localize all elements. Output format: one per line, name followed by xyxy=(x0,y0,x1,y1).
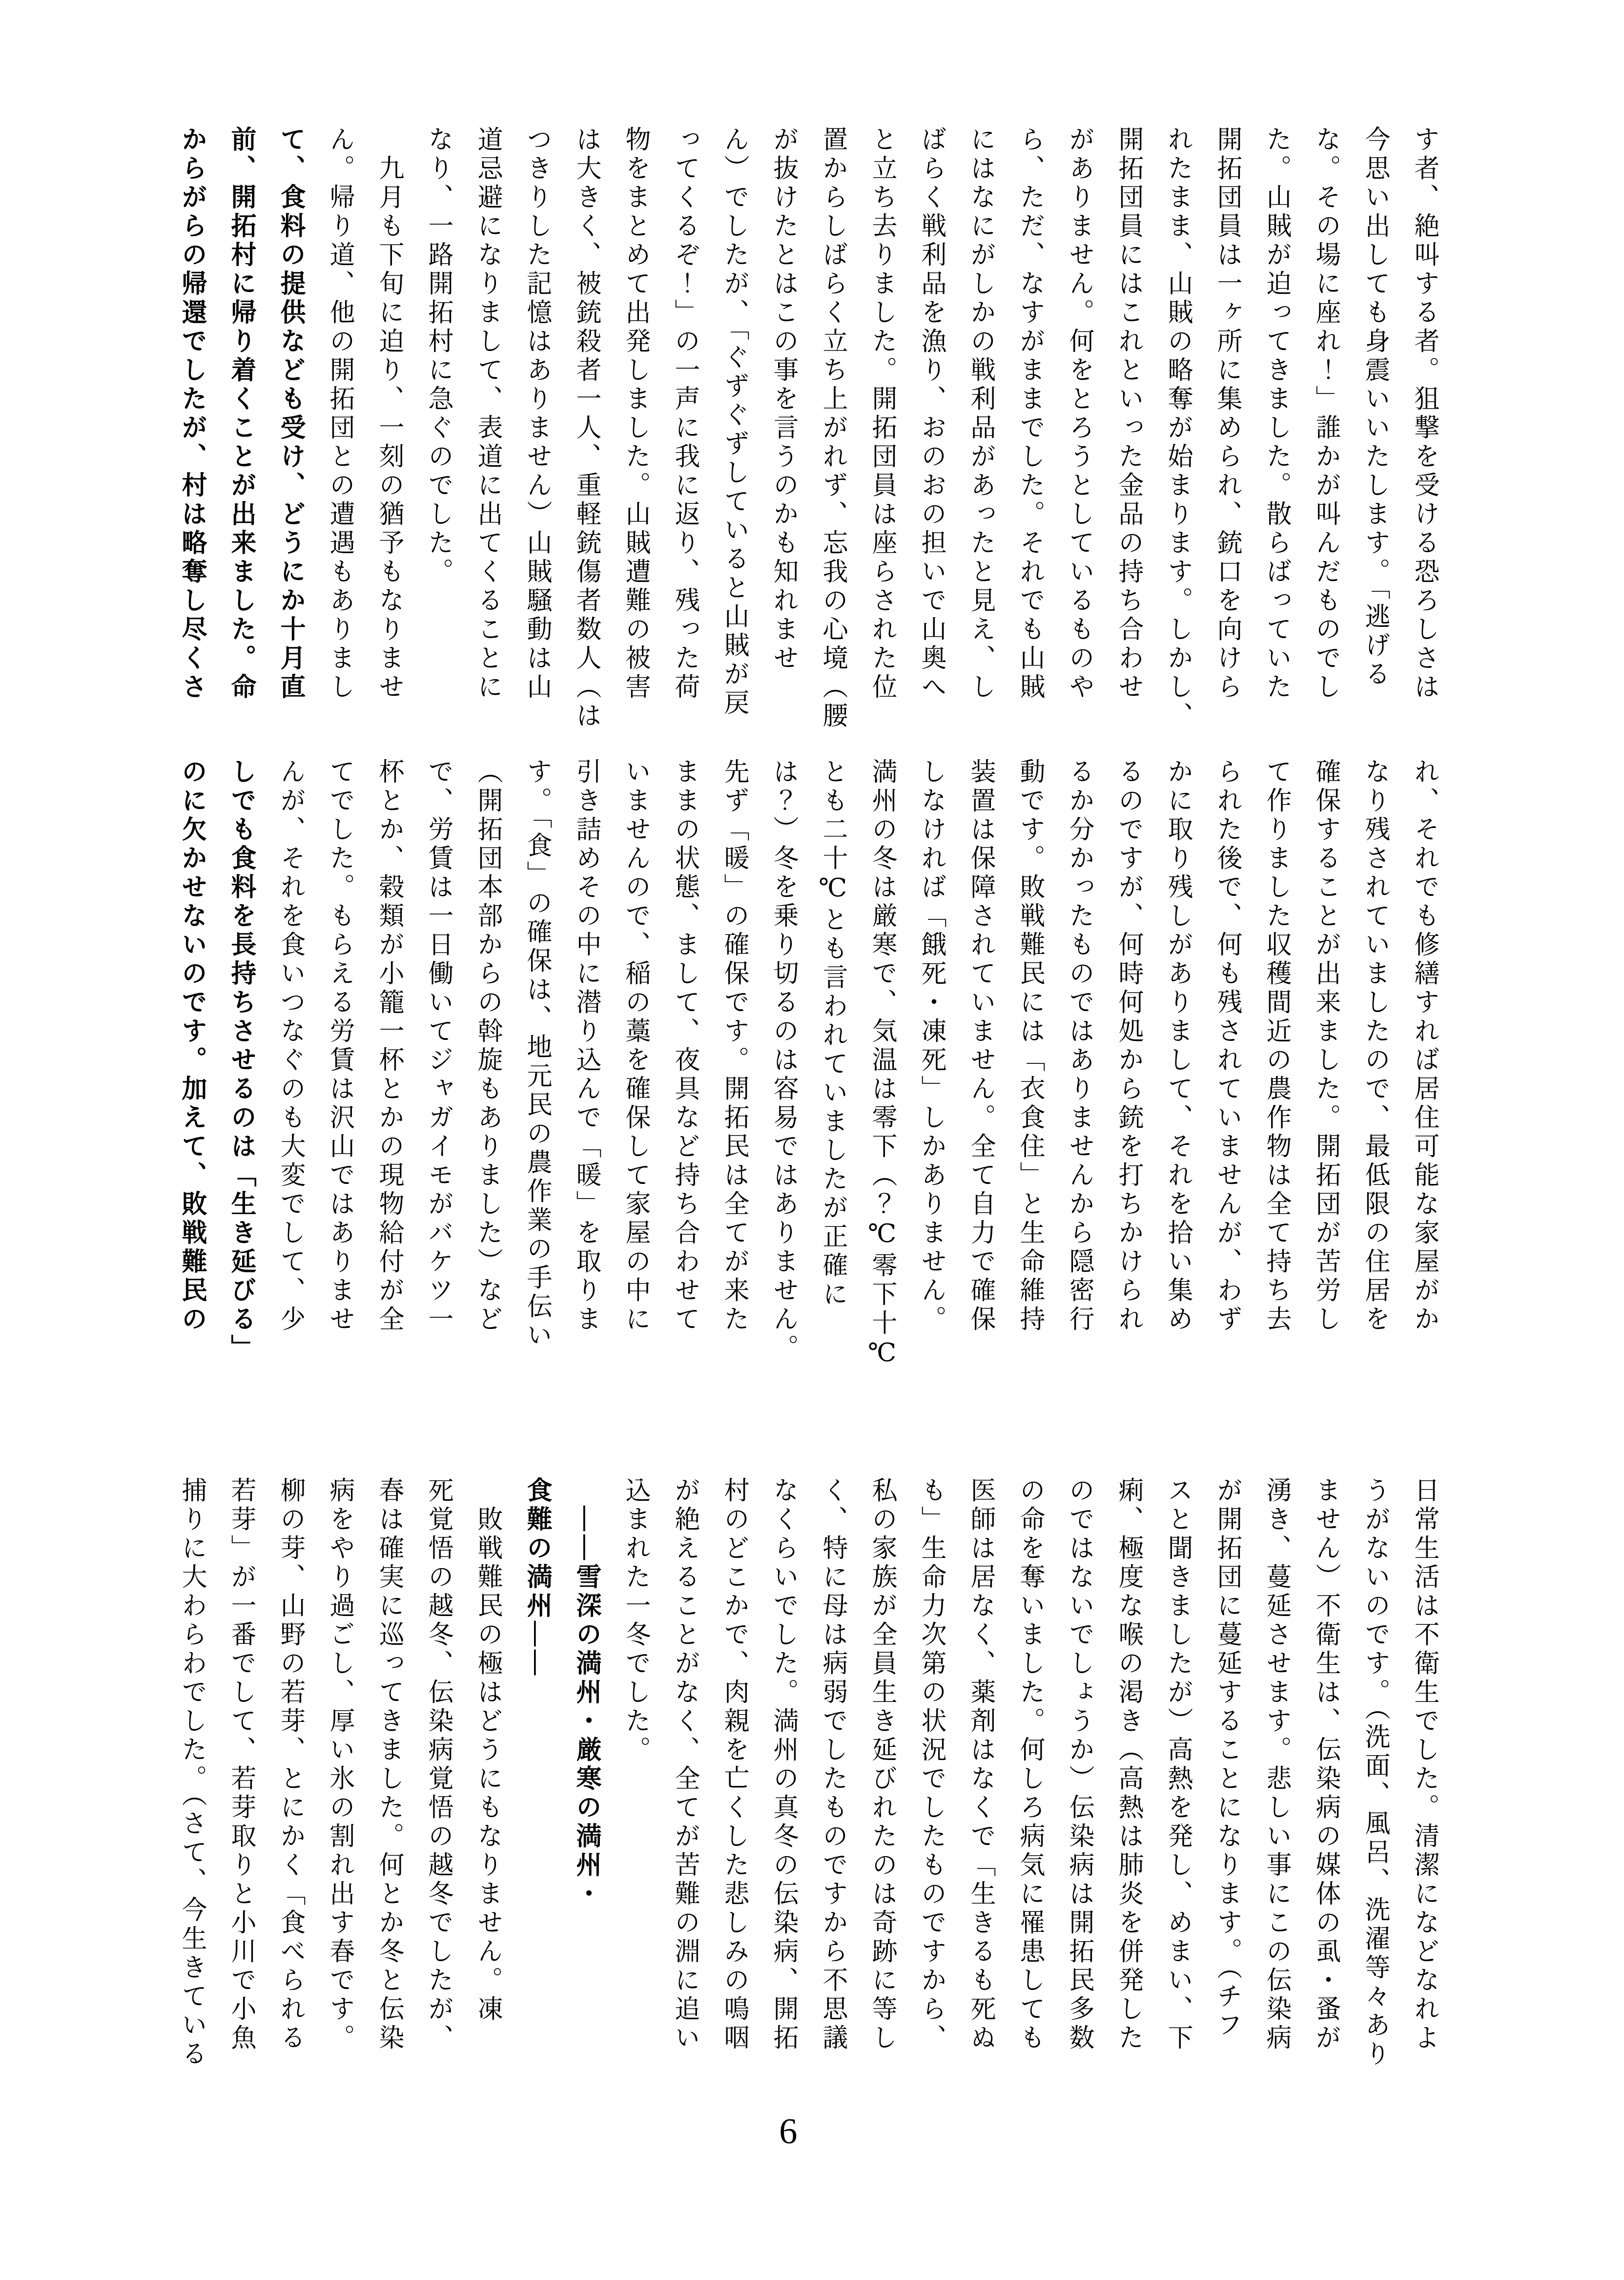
text-column: （開拓団本部からの斡旋もありました）など xyxy=(463,758,512,1366)
text-column: て作りました収穫間近の農作物は全て持ち去 xyxy=(1252,758,1301,1366)
text-column: ません）不衛生は、伝染病の媒体の虱・蚤が xyxy=(1301,1477,1350,2085)
text-column: 置からしばらく立ち上がれず、忘我の心境（腰 xyxy=(808,126,857,734)
text-column: しなければ「餓死・凍死」しかありません。 xyxy=(906,758,956,1366)
text-column: のではないでしょうか）伝染病は開拓民多数 xyxy=(1054,1477,1104,2085)
text-column: 動です。敗戦難民には「衣食住」と生命維持 xyxy=(1005,758,1054,1366)
text-column: と立ち去りました。開拓団員は座らされた位 xyxy=(857,126,906,734)
text-column: 確保することが出来ました。開拓団が苦労し xyxy=(1301,758,1350,1366)
text-column: 敗戦難民の極はどうにもなりません。凍 xyxy=(463,1477,512,2085)
text-column: な。その場に座れ！」誰かが叫んだものでし xyxy=(1301,126,1350,734)
text-column: 開拓団員にはこれといった金品の持ち合わせ xyxy=(1104,126,1153,734)
text-column: ん。帰り道、他の開拓団との遭遇もありまし xyxy=(315,126,364,734)
text-column: 食難の満州―― xyxy=(512,1477,561,2085)
text-column: 春は確実に巡ってきました。何とか冬と伝染 xyxy=(364,1477,413,2085)
text-column: 前、開拓村に帰り着くことが出来ました。命 xyxy=(216,126,266,734)
text-column: るのですが、何時何処から銃を打ちかけられ xyxy=(1104,758,1153,1366)
text-column: ばらく戦利品を漁り、おのおの担いで山奥へ xyxy=(906,126,956,734)
text-band-top: す者、絶叫する者。狙撃を受ける恐ろしさは今思い出しても身震いいたします。「逃げる… xyxy=(167,126,1449,734)
text-column: がありません。何をとろうとしているものや xyxy=(1054,126,1104,734)
text-column: 若芽」が一番でして、若芽取りと小川で小魚 xyxy=(216,1477,266,2085)
text-column: 死覚悟の越冬、伝染病覚悟の越冬でしたが、 xyxy=(413,1477,463,2085)
text-column: が抜けたとはこの事を言うのかも知れませ xyxy=(759,126,808,734)
text-column: られた後で、何も残されていませんが、わず xyxy=(1202,758,1252,1366)
text-column: れ、それでも修繕すれば居住可能な家屋がか xyxy=(1399,758,1449,1366)
text-column: は？）冬を乗り切るのは容易ではありません。 xyxy=(759,758,808,1366)
text-column: が開拓団に蔓延することになります。（チフ xyxy=(1202,1477,1252,2085)
text-column: かに取り残しがありまして、それを拾い集め xyxy=(1153,758,1202,1366)
text-column: た。山賊が迫ってきました。散らばっていた xyxy=(1252,126,1301,734)
text-column: 引き詰めその中に潜り込んで「暖」を取りま xyxy=(561,758,611,1366)
text-column: の命を奪いました。何しろ病気に罹患しても xyxy=(1005,1477,1054,2085)
text-column: のに欠かせないのです。加えて、敗戦難民の xyxy=(167,758,216,1366)
text-column: 込まれた一冬でした。 xyxy=(611,1477,660,2085)
text-column: で、労賃は一日働いてジャガイモがバケツ一 xyxy=(413,758,463,1366)
text-column: く、特に母は病弱でしたものですから不思議 xyxy=(808,1477,857,2085)
text-column: 今思い出しても身震いいたします。「逃げる xyxy=(1350,126,1399,734)
text-column: 先ず「暖」の確保です。開拓民は全てが来た xyxy=(709,758,759,1366)
scanned-page: す者、絶叫する者。狙撃を受ける恐ろしさは今思い出しても身震いいたします。「逃げる… xyxy=(0,0,1624,2280)
text-column: が絶えることがなく、全てが苦難の淵に追い xyxy=(660,1477,709,2085)
text-column: んが、それを食いつなぐのも大変でして、少 xyxy=(266,758,315,1366)
text-column: 病をやり過ごし、厚い氷の割れ出す春です。 xyxy=(315,1477,364,2085)
text-column: 道忌避になりまして、表道に出てくることに xyxy=(463,126,512,734)
text-column: からがらの帰還でしたが、村は略奪し尽くさ xyxy=(167,126,216,734)
text-band-bottom: 日常生活は不衛生でした。清潔になどなれようがないのです。（洗面、風呂、洗濯等々あ… xyxy=(167,1477,1449,2085)
text-column: ら、ただ、なすがままでした。それでも山賊 xyxy=(1005,126,1054,734)
text-column: 村のどこかで、肉親を亡くした悲しみの鳴咽 xyxy=(709,1477,759,2085)
text-column: つきりした記憶はありません）山賊騒動は山 xyxy=(512,126,561,734)
text-column: 柳の芽、山野の若芽、とにかく「食べられる xyxy=(266,1477,315,2085)
text-column: なり、一路開拓村に急ぐのでした。 xyxy=(413,126,463,734)
text-column: 捕りに大わらわでした。（さて、今生きている xyxy=(167,1477,216,2085)
text-column: 開拓団員は一ヶ所に集められ、銃口を向けら xyxy=(1202,126,1252,734)
text-column: なり残されていましたので、最低限の住居を xyxy=(1350,758,1399,1366)
text-column: ん）でしたが、「ぐずぐずしていると山賊が戻 xyxy=(709,126,759,734)
text-column: いませんので、稲の藁を確保して家屋の中に xyxy=(611,758,660,1366)
text-column: 日常生活は不衛生でした。清潔になどなれよ xyxy=(1399,1477,1449,2085)
text-column: 装置は保障されていません。全て自力で確保 xyxy=(956,758,1005,1366)
text-column: は大きく、被銃殺者一人、重軽銃傷者数人（は xyxy=(561,126,611,734)
text-column: れたまま、山賊の略奪が始まります。しかし、 xyxy=(1153,126,1202,734)
text-column: 九月も下旬に迫り、一刻の猶予もなりませ xyxy=(364,126,413,734)
text-column: しでも食料を長持ちさせるのは「生き延びる」 xyxy=(216,758,266,1366)
text-column: なくらいでした。満州の真冬の伝染病、開拓 xyxy=(759,1477,808,2085)
text-band-middle: れ、それでも修繕すれば居住可能な家屋がかなり残されていましたので、最低限の住居を… xyxy=(167,758,1449,1366)
text-column: ――雪深の満州・厳寒の満州・ xyxy=(561,1477,611,2085)
text-column: 杯とか、穀類が小籠一杯とかの現物給付が全 xyxy=(364,758,413,1366)
text-column: てでした。もらえる労賃は沢山ではありませ xyxy=(315,758,364,1366)
text-column: 医師は居なく、薬剤はなくで「生きるも死ぬ xyxy=(956,1477,1005,2085)
text-column: 痢、極度な喉の渇き（高熱は肺炎を併発した xyxy=(1104,1477,1153,2085)
text-column: て、食料の提供なども受け、どうにか十月直 xyxy=(266,126,315,734)
text-column: す者、絶叫する者。狙撃を受ける恐ろしさは xyxy=(1399,126,1449,734)
text-column: とも二十℃とも言われていましたが正確に xyxy=(808,758,857,1366)
text-column: 物をまとめて出発しました。山賊遭難の被害 xyxy=(611,126,660,734)
text-column: 私の家族が全員生き延びれたのは奇跡に等し xyxy=(857,1477,906,2085)
text-column: うがないのです。（洗面、風呂、洗濯等々あり xyxy=(1350,1477,1399,2085)
text-column: 湧き、蔓延させます。悲しい事にこの伝染病 xyxy=(1252,1477,1301,2085)
text-column: も」生命力次第の状況でしたものですから、 xyxy=(906,1477,956,2085)
text-column: るか分かったものではありませんから隠密行 xyxy=(1054,758,1104,1366)
text-column: す。「食」の確保は、地元民の農作業の手伝い xyxy=(512,758,561,1366)
text-column: にはなにがしかの戦利品があったと見え、し xyxy=(956,126,1005,734)
text-column: ってくるぞ！」の一声に我に返り、残った荷 xyxy=(660,126,709,734)
text-column: ままの状態、まして、夜具など持ち合わせて xyxy=(660,758,709,1366)
text-column: 満州の冬は厳寒で、気温は零下（？℃零下十℃ xyxy=(857,758,906,1366)
page-number: 6 xyxy=(779,2113,798,2150)
text-column: スと聞きましたが）高熱を発し、めまい、下 xyxy=(1153,1477,1202,2085)
